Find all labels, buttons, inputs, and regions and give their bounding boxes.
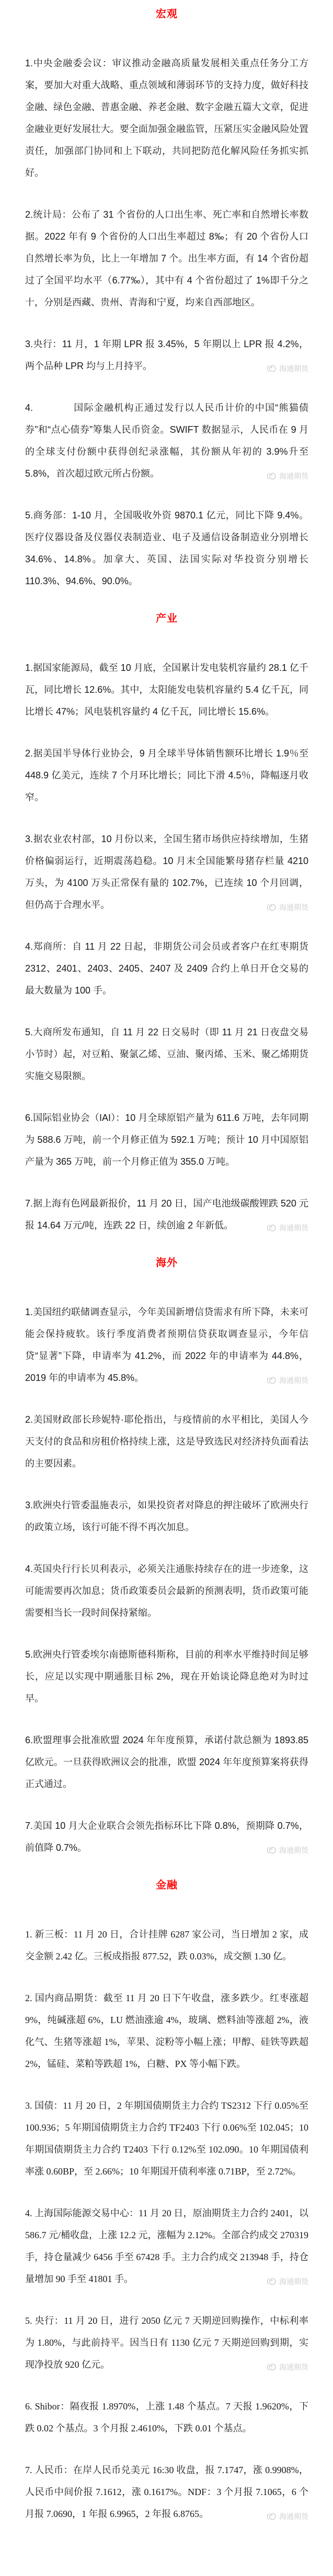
- news-item: 5. 央行：11 月 20 日，进行 2050 亿元 7 天期逆回购操作，中标利…: [25, 2310, 308, 2376]
- news-item-text: 5.大商所发布通知，自 11 月 22 日交易时（即 11 月 21 日夜盘交易…: [25, 1027, 308, 1081]
- news-item: 4.英国央行行长贝利表示，必须关注通胀持续存在的进一步迹象，这可能需要再次加息；…: [25, 1558, 308, 1624]
- haitong-futures-logo-icon: [266, 1223, 277, 1233]
- news-item: 5.商务部：1-10 月，全国吸收外资 9870.1 亿元，同比下降 9.4%。…: [25, 504, 308, 592]
- news-item: 3. 国债：11 月 20 日，2 年期国债期货主力合约 TS2312 下行 0…: [25, 2095, 308, 2182]
- haitong-futures-logo-icon: [266, 1376, 277, 1385]
- watermark-label: 海通期货: [279, 1847, 308, 1854]
- press-watermark: 海通期货: [266, 1376, 308, 1385]
- news-item: 3.央行：11 月，1 年期 LPR 报 3.45%，5 年期以上 LPR 报 …: [25, 333, 308, 377]
- news-item: 4. 国际金融机构正通过发行以人民币计价的中国“熊猫债券”和“点心债券”筹集人民…: [25, 397, 308, 485]
- news-item-text: 2.统计局：公布了 31 个省份的人口出生率、死亡率和自然增长率数据。2022 …: [25, 209, 308, 308]
- news-item-text: 5. 央行：11 月 20 日，进行 2050 亿元 7 天期逆回购操作，中标利…: [25, 2315, 308, 2370]
- press-watermark: 海通期货: [266, 471, 308, 481]
- news-item-text: 7.美国 10 月大企业联合会领先指标环比下降 0.8%，预期降 0.7%，前值…: [25, 1821, 308, 1853]
- news-item: 1.据国家能源局，截至 10 月底，全国累计发电装机容量约 28.1 亿千瓦，同…: [25, 657, 308, 723]
- section-title-overseas: 海外: [25, 1256, 308, 1270]
- news-item-text: 6.欧盟理事会批准欧盟 2024 年年度预算，承诺付款总额为 1893.85 亿…: [25, 1735, 308, 1789]
- news-item-text: 3.央行：11 月，1 年期 LPR 报 3.45%，5 年期以上 LPR 报 …: [25, 339, 308, 371]
- news-item: 7. 人民币：在岸人民币兑美元 16:30 收盘，报 7.1747，涨 0.99…: [25, 2459, 308, 2525]
- haitong-futures-logo-icon: [266, 1846, 277, 1855]
- news-item: 6.国际铝业协会（IAI）：10 月全球原铝产量为 611.6 万吨，去年同期为…: [25, 1107, 308, 1173]
- news-item-text: 1.中央金融委会议：审议推动金融高质量发展相关重点任务分工方案，要加大对重大战略…: [25, 58, 308, 178]
- haitong-futures-logo-icon: [266, 2362, 277, 2372]
- news-item: 3.欧洲央行管委温施表示，如果投资者对降息的押注破坏了欧洲央行的政策立场，该行可…: [25, 1494, 308, 1538]
- press-watermark: 海通期货: [266, 2277, 308, 2286]
- news-item-text: 2.据美国半导体行业协会，9 月全球半导体销售额环比增长 1.9％至 448.9…: [25, 748, 308, 802]
- news-item-text: 4. 上海国际能源交易中心：11 月 20 日，原油期货主力合约 2401，以 …: [25, 2208, 308, 2284]
- news-item: 3.据农业农村部，10 月份以来，全国生猪市场供应持续增加，生猪价格偏弱运行，近…: [25, 828, 308, 916]
- section-overseas: 海外 1.美国纽约联储调查显示，今年美国新增信贷需求有所下降，未来可能会保持疲软…: [25, 1256, 308, 1859]
- watermark-label: 海通期货: [279, 2364, 308, 2371]
- news-item: 2. 国内商品期货：截至 11 月 20 日下午收盘，涨多跌少。红枣涨超 9%，…: [25, 1987, 308, 2075]
- news-item: 6.欧盟理事会批准欧盟 2024 年年度预算，承诺付款总额为 1893.85 亿…: [25, 1729, 308, 1795]
- press-watermark: 海通期货: [266, 2512, 308, 2521]
- watermark-label: 海通期货: [279, 904, 308, 911]
- news-item-text: 2.美国财政部长珍妮特·耶伦指出，与疫情前的水平相比，美国人今天支付的食品和房租…: [25, 1414, 308, 1469]
- news-item: 4. 上海国际能源交易中心：11 月 20 日，原油期货主力合约 2401，以 …: [25, 2202, 308, 2290]
- news-item-text: 3.欧洲央行管委温施表示，如果投资者对降息的押注破坏了欧洲央行的政策立场，该行可…: [25, 1500, 308, 1532]
- news-item-text: 5.欧洲央行管委埃尔南德斯德科斯称，目前的利率水平维持时间足够长，应足以实现中期…: [25, 1649, 308, 1704]
- section-industry: 产业 1.据国家能源局，截至 10 月底，全国累计发电装机容量约 28.1 亿千…: [25, 612, 308, 1236]
- section-title-industry: 产业: [25, 612, 308, 625]
- news-item-text: 2. 国内商品期货：截至 11 月 20 日下午收盘，涨多跌少。红枣涨超 9%，…: [25, 1993, 308, 2069]
- section-macro: 宏观 1.中央金融委会议：审议推动金融高质量发展相关重点任务分工方案，要加大对重…: [25, 7, 308, 592]
- news-item-text: 3.据农业农村部，10 月份以来，全国生猪市场供应持续增加，生猪价格偏弱运行，近…: [25, 834, 308, 910]
- watermark-label: 海通期货: [279, 365, 308, 372]
- haitong-futures-logo-icon: [266, 2512, 277, 2521]
- press-watermark: 海通期货: [266, 1223, 308, 1233]
- news-item-text: 6. Shibor：隔夜报 1.8970%，上涨 1.48 个基点。7 天报 1…: [25, 2401, 308, 2433]
- haitong-futures-logo-icon: [266, 2277, 277, 2286]
- press-watermark: 海通期货: [266, 2362, 308, 2372]
- news-item-text: 7.据上海有色网最新报价，11 月 20 日，国产电池级碳酸锂跌 520 元报 …: [25, 1198, 308, 1231]
- news-item-text: 6.国际铝业协会（IAI）：10 月全球原铝产量为 611.6 万吨，去年同期为…: [25, 1113, 308, 1167]
- press-watermark: 海通期货: [266, 1846, 308, 1855]
- daily-report-page: 宏观 1.中央金融委会议：审议推动金融高质量发展相关重点任务分工方案，要加大对重…: [0, 0, 333, 2576]
- news-item: 1.中央金融委会议：审议推动金融高质量发展相关重点任务分工方案，要加大对重大战略…: [25, 52, 308, 184]
- news-item: 2.美国财政部长珍妮特·耶伦指出，与疫情前的水平相比，美国人今天支付的食品和房租…: [25, 1409, 308, 1474]
- news-item-text: 4. 国际金融机构正通过发行以人民币计价的中国“熊猫债券”和“点心债券”筹集人民…: [25, 403, 308, 479]
- news-item-text: 1. 新三板：11 月 20 日，合计挂牌 6287 家公司，当日增加 2 家，…: [25, 1929, 308, 1961]
- haitong-futures-logo-icon: [266, 364, 277, 373]
- news-item-text: 7. 人民币：在岸人民币兑美元 16:30 收盘，报 7.1747，涨 0.99…: [25, 2465, 308, 2519]
- haitong-futures-logo-icon: [266, 471, 277, 481]
- news-item-text: 4.英国央行行长贝利表示，必须关注通胀持续存在的进一步迹象，这可能需要再次加息；…: [25, 1564, 308, 1618]
- watermark-label: 海通期货: [279, 1377, 308, 1384]
- watermark-label: 海通期货: [279, 1224, 308, 1232]
- news-item: 2.据美国半导体行业协会，9 月全球半导体销售额环比增长 1.9％至 448.9…: [25, 742, 308, 808]
- news-item: 5.欧洲央行管委埃尔南德斯德科斯称，目前的利率水平维持时间足够长，应足以实现中期…: [25, 1644, 308, 1709]
- news-item: 2.统计局：公布了 31 个省份的人口出生率、死亡率和自然增长率数据。2022 …: [25, 204, 308, 313]
- news-item-text: 5.商务部：1-10 月，全国吸收外资 9870.1 亿元，同比下降 9.4%。…: [25, 510, 308, 586]
- news-item-text: 1.美国纽约联储调查显示，今年美国新增信贷需求有所下降，未来可能会保持疲软。该行…: [25, 1307, 308, 1383]
- watermark-label: 海通期货: [279, 2278, 308, 2285]
- news-item: 1.美国纽约联储调查显示，今年美国新增信贷需求有所下降，未来可能会保持疲软。该行…: [25, 1301, 308, 1389]
- news-item: 5.大商所发布通知，自 11 月 22 日交易时（即 11 月 21 日夜盘交易…: [25, 1021, 308, 1087]
- section-title-macro: 宏观: [25, 7, 308, 21]
- news-item: 1. 新三板：11 月 20 日，合计挂牌 6287 家公司，当日增加 2 家，…: [25, 1923, 308, 1967]
- watermark-label: 海通期货: [279, 2513, 308, 2520]
- news-item-text: 1.据国家能源局，截至 10 月底，全国累计发电装机容量约 28.1 亿千瓦，同…: [25, 663, 308, 717]
- section-title-finance: 金融: [25, 1878, 308, 1892]
- news-item: 6. Shibor：隔夜报 1.8970%，上涨 1.48 个基点。7 天报 1…: [25, 2395, 308, 2439]
- haitong-futures-logo-icon: [266, 903, 277, 912]
- news-item-text: 3. 国债：11 月 20 日，2 年期国债期货主力合约 TS2312 下行 0…: [25, 2100, 308, 2177]
- watermark-label: 海通期货: [279, 472, 308, 480]
- section-finance: 金融 1. 新三板：11 月 20 日，合计挂牌 6287 家公司，当日增加 2…: [25, 1878, 308, 2525]
- news-item-text: 4.郑商所：自 11 月 22 日起，非期货公司会员或者客户在红枣期货 2312…: [25, 941, 308, 996]
- news-item: 4.郑商所：自 11 月 22 日起，非期货公司会员或者客户在红枣期货 2312…: [25, 936, 308, 1001]
- news-item: 7.美国 10 月大企业联合会领先指标环比下降 0.8%，预期降 0.7%，前值…: [25, 1815, 308, 1859]
- press-watermark: 海通期货: [266, 903, 308, 912]
- news-item: 7.据上海有色网最新报价，11 月 20 日，国产电池级碳酸锂跌 520 元报 …: [25, 1192, 308, 1236]
- press-watermark: 海通期货: [266, 364, 308, 373]
